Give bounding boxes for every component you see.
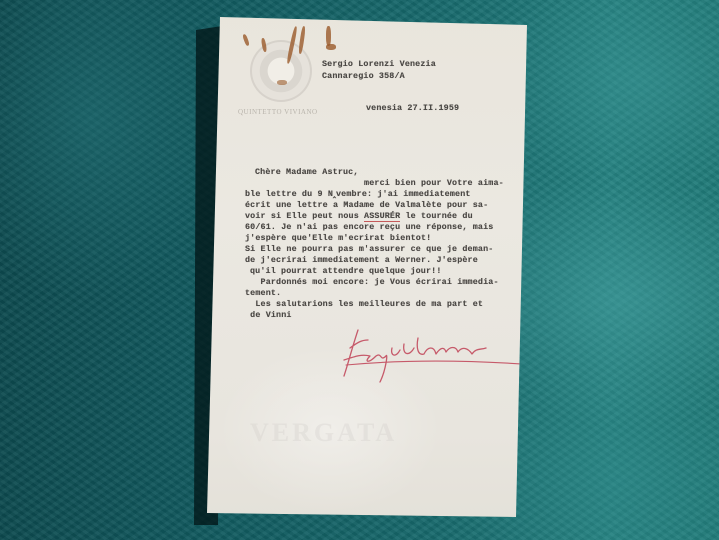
body-line: tement. [245,288,281,299]
stain-mark [298,26,306,54]
paper-watermark: VERGATA [250,418,397,448]
body-line: Si Elle ne pourra pas m'assurer ce que j… [245,244,493,255]
stain-mark [277,80,287,85]
body-line: Pardonnés moi encore: je Vous écrirai im… [245,277,499,288]
body-line: voir si Elle peut nous ASSURÉR le tourné… [245,211,473,222]
stain-mark [326,26,331,46]
letter-date: venesia 27.II.1959 [366,103,459,114]
signature [340,326,530,386]
body-line: Les salutarions les meilleures de ma par… [245,299,483,310]
sender-address: Cannaregio 358/A [322,71,405,82]
stain-mark [242,34,250,47]
body-line-text: voir si Elle peut nous [245,211,364,221]
body-line: j'espère que'Elle m'ecrirat bientot! [245,233,431,244]
underlined-word: ASSURÉR [364,211,400,222]
logo-caption: QUINTETTO VIVIANO [238,108,318,116]
body-line: qu'il pourrat attendre quelque jour!! [250,266,442,277]
body-line-tail: le tournée du [400,211,472,221]
body-line: ble lettre du 9 N‸vembre: j'ai immediate… [245,189,471,200]
body-line: écrit une lettre a Madame de Valmalète p… [245,200,488,211]
body-line: merci bien pour Votre aima- [245,178,504,189]
body-line: de j'ecrirai immediatement a Werner. J'e… [245,255,478,266]
stain-mark [326,44,336,50]
salutation: Chère Madame Astruc, [255,167,359,178]
body-line: 60/61. Je n'ai pas encore reçu une répon… [245,222,493,233]
sender-name: Sergio Lorenzi Venezia [322,59,436,70]
letterhead-logo [250,40,312,102]
body-line: de Vinni [245,310,292,321]
letter-paper: QUINTETTO VIVIANO Sergio Lorenzi Venezia… [0,0,719,540]
